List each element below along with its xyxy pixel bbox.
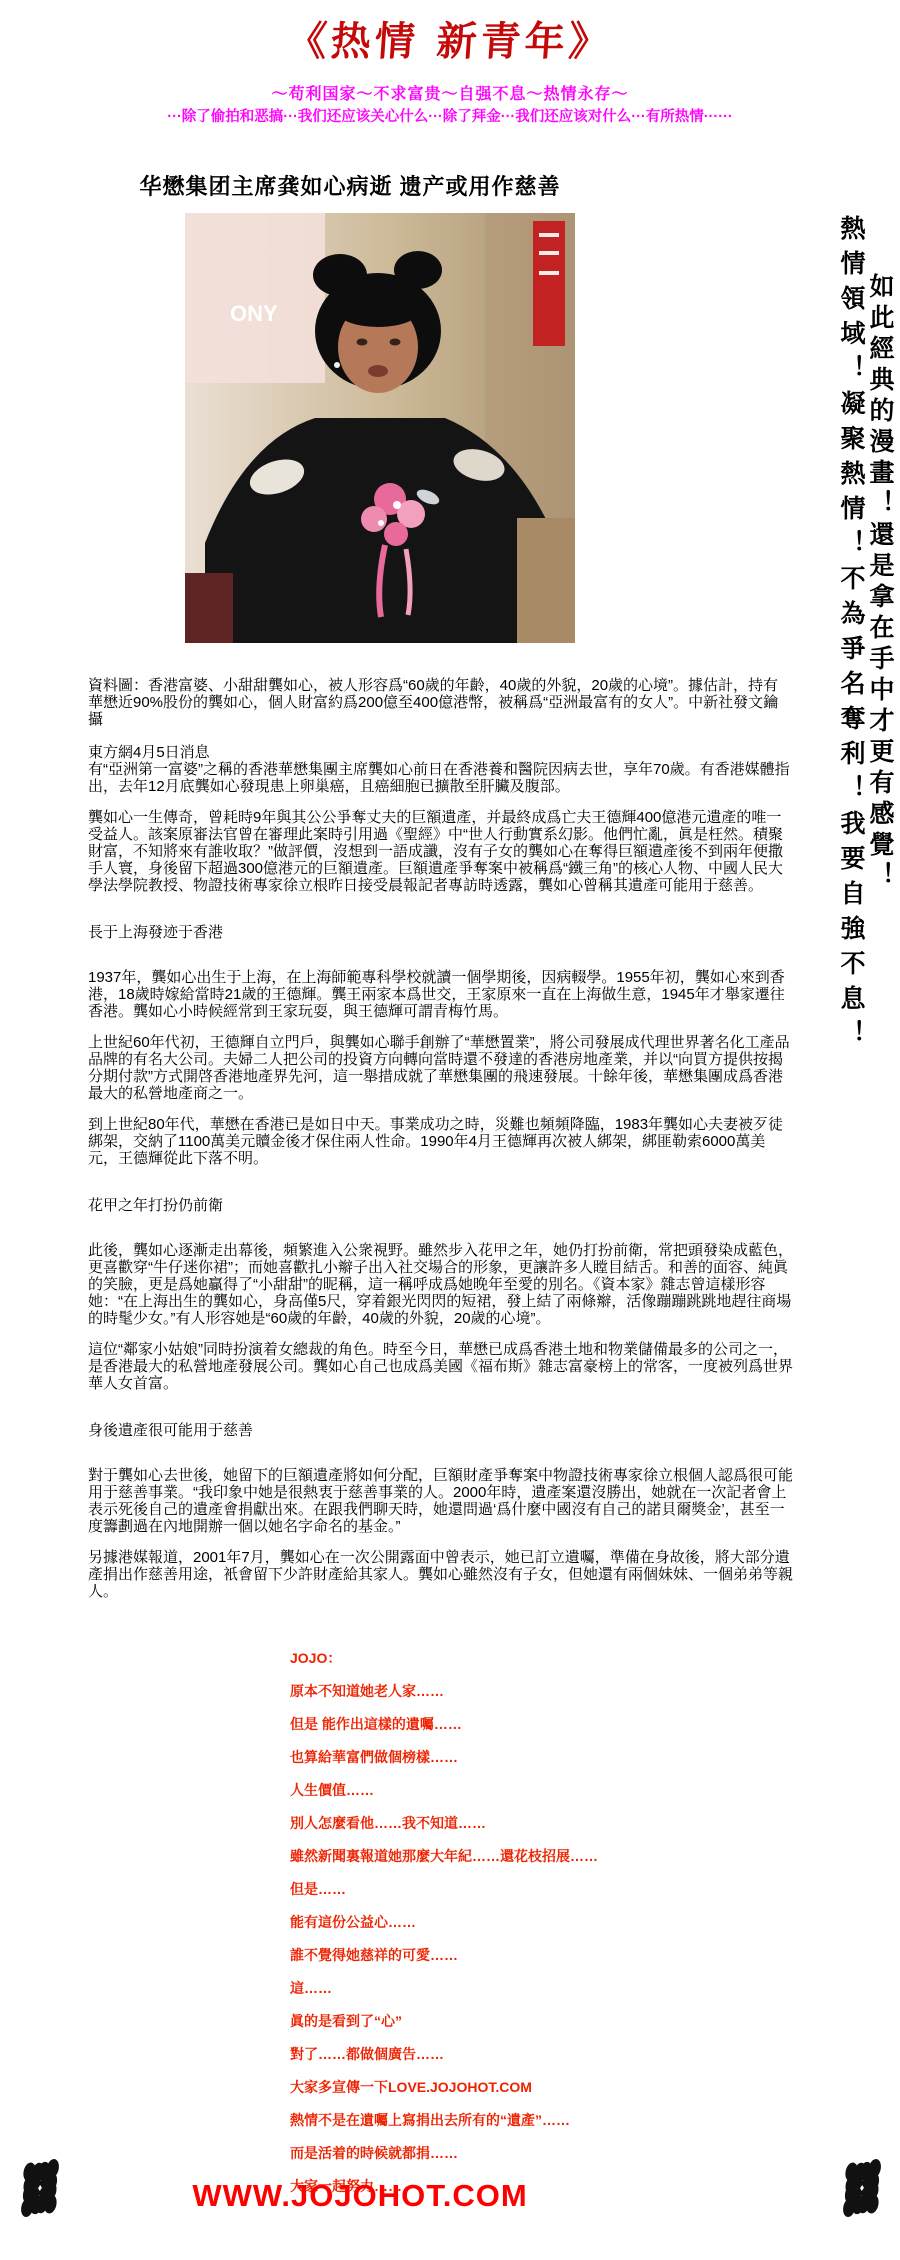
article-paragraph: 有“亞洲第一富婆”之稱的香港華懋集團主席龔如心前日在香港養和醫院因病去世，享年7… — [88, 761, 793, 795]
jojo-line: JOJO： — [290, 1642, 800, 1675]
article-paragraph: 長于上海發迹于香港 — [88, 924, 793, 941]
corsage — [384, 522, 408, 546]
vertical-slogan: 如此經典的漫畫！還是拿在手中才更有感覺！ 熱情領域！凝聚熱情！不為爭名奪利！我要… — [836, 215, 894, 1215]
article-paragraph: 身後遺產很可能用于慈善 — [88, 1422, 793, 1439]
corsage-sparkle — [393, 501, 401, 509]
article-paragraph: 此後，龔如心逐漸走出幕後，頻繁進入公衆視野。雖然步入花甲之年，她仍打扮前衛，常把… — [88, 1242, 793, 1327]
article-body: 資料圖：香港富婆、小甜甜龔如心，被人形容爲“60歲的年齡，40歲的外貌，20歲的… — [88, 677, 793, 1600]
masthead: 《热情 新青年》 ～苟利国家～不求富贵～自强不息～热情永存～ ···除了偷拍和恶… — [0, 0, 900, 126]
clover-ornament-icon — [832, 2142, 892, 2234]
jojo-line: 這…… — [290, 1972, 800, 2005]
jojo-line: 也算給華富們做個榜樣…… — [290, 1741, 800, 1774]
photo-backdrop-text: ONY — [230, 301, 278, 326]
masthead-slogan-2: ···除了偷拍和恶搞···我们还应该关心什么···除了拜金···我们还应该对什么… — [0, 105, 900, 126]
jojo-line: 熱情不是在遺囑上寫捐出去所有的“遺產”…… — [290, 2104, 800, 2137]
jojo-line: 別人怎麼看他……我不知道…… — [290, 1807, 800, 1840]
banner-mark — [539, 271, 559, 275]
article-paragraph: 東方網4月5日消息 — [88, 744, 793, 761]
eye-left — [357, 339, 368, 346]
photo-red-banner — [533, 221, 565, 346]
article-paragraph: 對于龔如心去世後，她留下的巨額遺產將如何分配，巨額財產爭奪案中物證技術專家徐立根… — [88, 1467, 793, 1535]
bangs — [335, 291, 421, 327]
jojo-line: 但是 能作出這樣的遺囑…… — [290, 1708, 800, 1741]
jojo-line: 能有這份公益心…… — [290, 1906, 800, 1939]
eye-right — [390, 339, 401, 346]
mouth — [368, 365, 388, 377]
jojo-line: 眞的是看到了“心” — [290, 2005, 800, 2038]
jojo-line: 對了……都做個廣告…… — [290, 2038, 800, 2071]
photo-illustration: ONY — [185, 213, 575, 643]
jojo-line: 人生價值…… — [290, 1774, 800, 1807]
footer-url[interactable]: WWW.JOJOHOT.COM — [0, 2178, 720, 2214]
article-paragraph: 1937年，龔如心出生于上海，在上海師範專科學校就讀一個學期後，因病輟學。195… — [88, 969, 793, 1020]
article-paragraph: 上世紀60年代初，王德輝自立門戶，與龔如心聯手創辦了“華懋置業”，將公司發展成代… — [88, 1034, 793, 1102]
earring — [334, 362, 340, 368]
article-paragraph: 資料圖：香港富婆、小甜甜龔如心，被人形容爲“60歲的年齡，40歲的外貌，20歲的… — [88, 677, 793, 728]
vertical-slogan-line-2: 熱情領域！凝聚熱情！不為爭名奪利！我要自強不息！ — [836, 215, 865, 1215]
article-headline: 华懋集团主席龚如心病逝 遗产或用作慈善 — [0, 170, 700, 201]
article-paragraph: 花甲之年打扮仍前衛 — [88, 1197, 793, 1214]
banner-mark — [539, 233, 559, 237]
article-paragraph: 龔如心一生傳奇，曾耗時9年與其公公爭奪丈夫的巨額遺產，并最終成爲亡夫王德輝400… — [88, 809, 793, 894]
corsage — [361, 506, 387, 532]
jojo-line: 雖然新聞裏報道她那麼大年紀……還花枝招展…… — [290, 1840, 800, 1873]
photo-pink-wash — [185, 213, 325, 383]
jojo-line: 但是…… — [290, 1873, 800, 1906]
page: { "masthead": { "title": "《热情 新青年》", "sl… — [0, 0, 900, 2260]
corsage-sparkle — [378, 520, 384, 526]
article-paragraph: 到上世紀80年代，華懋在香港已是如日中天。事業成功之時，災難也頻頻降臨，1983… — [88, 1116, 793, 1167]
article-paragraph: 這位“鄰家小姑娘”同時扮演着女總裁的角色。時至今日，華懋已成爲香港土地和物業儲備… — [88, 1341, 793, 1392]
jojo-line: 而是活着的時候就都捐…… — [290, 2137, 800, 2170]
jojo-line: 大家多宣傳一下LOVE.JOJOHOT.COM — [290, 2071, 800, 2104]
ornament-right — [832, 2142, 892, 2234]
masthead-slogan-1: ～苟利国家～不求富贵～自强不息～热情永存～ — [0, 81, 900, 104]
jojo-line: 誰不覺得她慈祥的可愛…… — [290, 1939, 800, 1972]
site-title: 《热情 新青年》 — [0, 10, 900, 67]
jojo-line: 原本不知道她老人家…… — [290, 1675, 800, 1708]
article-photo: ONY — [185, 213, 575, 643]
vertical-slogan-line-1: 如此經典的漫畫！還是拿在手中才更有感覺！ — [865, 215, 894, 1215]
photo-maroon-corner — [185, 573, 233, 643]
photo-tan-corner — [517, 518, 575, 643]
article-paragraph: 另據港媒報道，2001年7月，龔如心在一次公開露面中曾表示，她已訂立遺囑，準備在… — [88, 1549, 793, 1600]
banner-mark — [539, 251, 559, 255]
jojo-commentary: JOJO： 原本不知道她老人家…… 但是 能作出這樣的遺囑…… 也算給華富們做個… — [290, 1642, 800, 2203]
article: 华懋集团主席龚如心病逝 遗产或用作慈善 ONY — [0, 170, 800, 2203]
